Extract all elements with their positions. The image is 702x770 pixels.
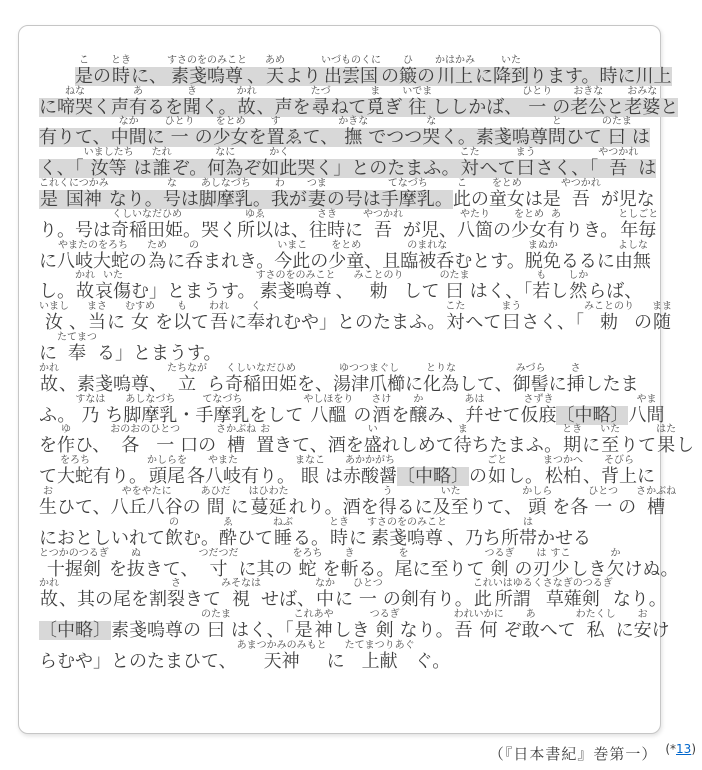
base-text: 中 (315, 590, 335, 609)
highlighted-text-segment: おみな老婆 (624, 86, 660, 117)
base-text: ぞ (243, 159, 261, 178)
base-text: 尋 (311, 98, 331, 117)
text-line: てをろち大蛇有り。かしらを頭尾各やまた八岐有り。まなこ眼はあかかがち赤酸醤〔中略… (39, 455, 651, 486)
base-text: 醸 (409, 406, 427, 425)
base-text: 〔中略〕 (39, 621, 111, 640)
highlighted-text-segment: は (181, 178, 199, 209)
highlighted-text-segment: をとめ少女 (213, 116, 249, 147)
base-text: に (549, 375, 567, 394)
base-text: へて (540, 621, 576, 640)
base-text: せば、 (261, 590, 315, 609)
base-text: が児な (601, 190, 655, 209)
text-segment: ひとつ一 (353, 578, 383, 609)
text-segment: さ挿 (567, 363, 585, 394)
highlighted-text-segment: こ是 (75, 55, 93, 86)
base-text: し。 (507, 467, 543, 486)
base-text: らば、 (588, 282, 642, 301)
text-segment: むすめ女 (125, 301, 155, 332)
ruby-annotation: をろち (292, 548, 322, 560)
base-text: 国神 (59, 190, 109, 209)
text-segment: なり。 (613, 578, 667, 609)
ruby-annotation: を (398, 548, 408, 560)
base-text: の (183, 498, 201, 517)
base-text: せて (484, 406, 520, 425)
highlighted-text-segment: と (660, 86, 678, 117)
text-segment: 素戔嗚尊の (111, 609, 201, 640)
base-text: と (660, 98, 678, 117)
base-text: の (469, 467, 487, 486)
base-text: 私 (576, 621, 616, 640)
text-segment: う得 (379, 486, 397, 517)
text-line: り。号はくしいなだひめ奇稲田姫。哭くゆゑ所以は、さき往時にやつかれ吾が児、やたり… (39, 209, 651, 240)
text-segment: お生 (39, 486, 57, 517)
base-text: に (327, 652, 345, 671)
base-text: 素戔嗚尊 (167, 67, 247, 86)
base-text: 素戔嗚尊 (256, 282, 336, 301)
base-text: の (634, 313, 652, 332)
text-segment: に (229, 301, 247, 332)
text-segment: の (634, 301, 652, 332)
base-text: 安 (634, 621, 652, 640)
base-text: は (134, 159, 152, 178)
ruby-annotation: さずき (523, 394, 553, 406)
base-text: 曰 (602, 128, 632, 147)
highlighted-text-segment: つま妻 (307, 178, 327, 209)
text-segment: をして (249, 394, 303, 425)
base-text: は、 (273, 221, 309, 240)
highlighted-text-segment: の (552, 86, 570, 117)
text-segment: まま随 (652, 301, 672, 332)
base-text: 哭く」とのたまふ。 (297, 159, 459, 178)
text-segment: あまつかみのみもと天神 (237, 640, 327, 671)
text-segment: とつかのつるぎ十握剣 (39, 548, 109, 579)
text-segment: みそなは視 (221, 578, 261, 609)
text-segment: あかかがち赤酸醤 (343, 455, 397, 486)
highlighted-text-segment: は (134, 147, 152, 178)
text-segment: 、乃ち所 (447, 517, 519, 548)
text-segment: の (514, 548, 532, 579)
text-segment: まなこ眼 (295, 455, 325, 486)
text-segment: こた対 (445, 301, 465, 332)
highlighted-text-segment: の (195, 116, 213, 147)
text-segment: 口の (180, 424, 216, 455)
base-text: 吾 (454, 621, 474, 640)
ruby-annotation: いでま (402, 86, 432, 98)
ruby-annotation: たちなが (167, 363, 207, 375)
base-text: の (381, 67, 399, 86)
base-text: 号 (163, 190, 181, 209)
base-text: 妻 (307, 190, 327, 209)
text-segment: みことのり勅 (354, 270, 404, 301)
base-text: ぞ。 (172, 159, 208, 178)
text-segment: に (231, 486, 249, 517)
text-segment: やをやたに八丘八谷 (111, 486, 183, 517)
text-segment: くしいなだひめ奇稲田姫 (111, 209, 183, 240)
text-segment: きて、酒を (274, 424, 364, 455)
highlighted-text-segment: さく、「 (536, 147, 599, 178)
base-text: に (39, 252, 57, 271)
ruby-annotation: たづ (311, 86, 331, 98)
base-text: 、乃ち所 (447, 529, 519, 548)
text-segment: をろち大蛇 (57, 455, 93, 486)
base-text: を (109, 560, 127, 579)
ruby-annotation: すさのをのみこと (367, 517, 447, 529)
text-segment: らむや」とのたまひて、 (39, 640, 237, 671)
text-segment: つるぎ剣 (370, 609, 400, 640)
text-segment: りて、 (469, 486, 523, 517)
base-text: しき (334, 621, 370, 640)
base-text: く声 (93, 98, 129, 117)
base-text: を (391, 406, 409, 425)
highlighted-text-segment: より (285, 55, 321, 86)
highlighted-text-segment: あ有 (129, 86, 147, 117)
base-text: て (191, 313, 209, 332)
ruby-annotation: をとめ (514, 209, 544, 221)
base-text: ぎ (384, 98, 402, 117)
base-text: 降到 (493, 67, 529, 86)
base-text: 至 (600, 436, 620, 455)
base-text: を (322, 560, 340, 579)
ruby-annotation: さけ (371, 394, 391, 406)
highlighted-text-segment: てなづち手摩乳 (381, 178, 435, 209)
base-text: 置 (267, 128, 285, 147)
base-text: 酒 (371, 406, 391, 425)
highlighted-text-segment: は (638, 147, 656, 178)
ruby-annotation: とりな (426, 363, 456, 375)
base-text: 視 (221, 590, 261, 609)
base-text: 一 (353, 590, 383, 609)
base-text: 剣 (484, 560, 514, 579)
highlighted-text-segment: 。 (253, 178, 271, 209)
text-segment: お置 (256, 424, 274, 455)
text-segment: まう曰 (501, 301, 521, 332)
text-segment: ら (207, 363, 225, 394)
text-segment: せば、 (261, 578, 315, 609)
text-segment: に (39, 240, 57, 271)
text-segment: いた至 (600, 424, 620, 455)
text-segment: さかぶね槽 (216, 424, 256, 455)
base-text: 時 (329, 529, 349, 548)
base-text: 啼哭 (57, 98, 93, 117)
text-segment: ゆゑ所以 (237, 209, 273, 240)
text-segment: に (107, 301, 125, 332)
text-segment: みことのり勅 (584, 301, 634, 332)
base-text: へて (465, 313, 501, 332)
text-segment: ひとつ一 (150, 424, 180, 455)
text-segment: いまこ今此 (274, 240, 310, 271)
text-segment: を (109, 548, 127, 579)
base-text: の (552, 98, 570, 117)
base-text: 哀傷 (95, 282, 131, 301)
text-segment: み、 (427, 394, 464, 425)
base-text: を (249, 128, 267, 147)
text-segment: らば、 (588, 270, 642, 301)
text-segment: き斬 (340, 548, 358, 579)
base-text: 是 (294, 621, 314, 640)
text-segment: すさのをのみこと素戔嗚尊 (256, 270, 336, 301)
base-text: 御髻 (513, 375, 549, 394)
base-text: 一 (588, 498, 618, 517)
caption-row: （『日本書紀』巻第一）(*13) (489, 742, 696, 764)
base-text: 裂 (167, 590, 185, 609)
base-text: の (618, 498, 636, 517)
base-text: に (147, 128, 165, 147)
text-segment: の呑 (185, 240, 203, 271)
text-line: ふ。すなは乃ちあしなづち脚摩乳・てなづち手摩乳をしてやしほをり八醞のさけ酒をか醸… (39, 394, 651, 425)
text-segment: てなづち手摩乳 (195, 394, 249, 425)
text-segment: これ此 (473, 578, 493, 609)
highlighted-text-segment: 〔中略〕 (39, 609, 111, 640)
text-segment: たてまつりあぐ上献 (345, 640, 415, 671)
highlighted-text-segment: く。 (201, 86, 237, 117)
base-text: 汝 (39, 313, 69, 332)
base-text: したま (585, 375, 639, 394)
text-segment: ぐ。 (415, 640, 451, 671)
text-segment: ま待 (454, 424, 472, 455)
text-segment: れむや」とのたまふ。 (265, 301, 445, 332)
base-text: 大蛇 (57, 467, 93, 486)
base-text: の (417, 67, 435, 86)
highlighted-text-segment: とき時 (111, 55, 131, 86)
text-segment: お安 (634, 609, 652, 640)
base-text: 為 (147, 252, 167, 271)
base-text: 是 (75, 67, 93, 86)
base-text: でつつ (368, 128, 422, 147)
ruby-annotation: ゆゑ (245, 209, 265, 221)
base-text: きて、 (145, 560, 199, 579)
text-segment: おのおの各 (110, 424, 150, 455)
ruby-annotation: の (189, 240, 199, 252)
text-segment: も以 (173, 301, 191, 332)
text-line: く、「いましたち汝等はたれ誰ぞ。なに何為ぞかく如此哭く」とのたまふ。こた対へてま… (39, 147, 651, 178)
text-segment: われ吾 (209, 301, 229, 332)
base-text: に (335, 590, 353, 609)
base-text: 蛇 (292, 560, 322, 579)
base-text: は (638, 159, 656, 178)
base-text: 曰 (516, 159, 536, 178)
highlighted-text-segment: の (417, 55, 435, 86)
base-text: 我 (271, 190, 289, 209)
base-text: 女 (125, 313, 155, 332)
highlighted-text-segment: こた対 (460, 147, 480, 178)
text-segment: に (39, 332, 57, 363)
text-segment: て (39, 455, 57, 486)
base-text: に至りて (412, 560, 484, 579)
footnote-link[interactable]: 13 (676, 742, 691, 756)
text-segment: が児、 (403, 209, 457, 240)
base-text: 曰 (440, 282, 470, 301)
ruby-annotation: すこ (550, 548, 570, 560)
base-text: し (550, 282, 568, 301)
base-text: 八醞 (303, 406, 353, 425)
base-text: け (652, 621, 670, 640)
ruby-annotation: あしなづち (125, 394, 175, 406)
base-text: 由無 (615, 252, 651, 271)
text-segment: さ裂 (167, 578, 185, 609)
text-segment: かせる (537, 517, 591, 548)
highlighted-text-segment: と問 (548, 116, 566, 147)
base-text: 故 (75, 282, 95, 301)
base-text: 吾 (561, 190, 601, 209)
base-text: る」とまうす。 (97, 344, 222, 363)
page: { "colors": { "highlight": "#d8d8d8", "t… (0, 0, 702, 770)
highlighted-text-segment: ま覓 (366, 86, 384, 117)
base-text: 、素戔嗚尊、 (59, 375, 167, 394)
base-text: ゑて、 (285, 128, 339, 147)
text-segment: し。 (507, 455, 543, 486)
highlighted-text-segment: ひ簸 (399, 55, 417, 86)
base-text: 眼 (295, 467, 325, 486)
highlighted-text-segment: あしなづち脚摩乳 (199, 178, 253, 209)
text-segment: る。 (358, 548, 394, 579)
text-segment: なり。 (400, 609, 454, 640)
ruby-annotation: みづら (516, 363, 546, 375)
base-text: ししかば、 (432, 98, 522, 117)
ruby-annotation: つるぎ (484, 548, 514, 560)
base-text: に (229, 313, 247, 332)
text-segment: さき往時 (309, 209, 345, 240)
text-line: こ是のとき時に、すさのをのみこと素戔嗚尊、あめ天よりいづものくに出雲国のひ簸のか… (39, 55, 651, 86)
text-segment: かれ故 (39, 578, 59, 609)
base-text: して、 (459, 375, 513, 394)
highlighted-text-segment: が (289, 178, 307, 209)
ruby-annotation: ため (147, 240, 167, 252)
ruby-annotation: やつかれ (363, 209, 403, 221)
base-text: 、 (583, 467, 601, 486)
text-segment: へて (465, 301, 501, 332)
text-segment: の (469, 455, 487, 486)
base-text: 奇稲田姫 (111, 221, 183, 240)
base-text: 老婆 (624, 98, 660, 117)
base-text: 赤酸醤 (343, 467, 397, 486)
base-text: の (310, 252, 328, 271)
base-text: の (195, 128, 213, 147)
highlighted-text-segment: の号は (327, 178, 381, 209)
base-text: なり。 (109, 190, 163, 209)
base-text: 抜 (127, 560, 145, 579)
base-text: 手摩乳 (381, 190, 435, 209)
source-caption: （『日本書紀』巻第一） (489, 745, 658, 763)
base-text: 当 (87, 313, 107, 332)
base-text: 一 (522, 98, 552, 117)
base-text: をして (249, 406, 303, 425)
base-text: ひて (566, 128, 602, 147)
base-text: に (107, 313, 125, 332)
text-segment: こ此 (453, 178, 471, 209)
base-text: 十握剣 (39, 560, 109, 579)
base-text: は是 (525, 190, 561, 209)
ruby-annotation: くしいなだひめ (226, 363, 296, 375)
base-text: 天神 (237, 652, 327, 671)
base-text: 老公 (570, 98, 606, 117)
base-text: しき (570, 560, 606, 579)
text-segment: の (310, 240, 328, 271)
base-text: の (353, 406, 371, 425)
text-segment: やたり八箇 (457, 209, 493, 240)
highlighted-text-segment: ねな啼哭 (57, 86, 93, 117)
base-text: に (231, 498, 249, 517)
text-segment: を (39, 424, 57, 455)
text-segment: やしほをり八醞 (303, 394, 353, 425)
text-segment: む」とまうす。 (131, 270, 256, 301)
text-segment: せて (484, 394, 520, 425)
base-text: 飲 (165, 529, 183, 548)
base-text: 、声を (257, 98, 311, 117)
base-text: 呑 (185, 252, 203, 271)
text-segment: まれき。 (203, 240, 274, 271)
highlighted-text-segment: に (147, 116, 165, 147)
ruby-annotation: さ (571, 363, 581, 375)
text-segment: ひとつ一 (588, 486, 618, 517)
highlighted-text-segment: いましたち汝等 (84, 147, 134, 178)
text-segment: け (652, 609, 670, 640)
ruby-annotation: ひ (403, 55, 413, 67)
ruby-annotation: とつかのつるぎ (39, 548, 109, 560)
highlighted-text-segment: ゑて、 (285, 116, 339, 147)
text-segment: かれ故 (39, 363, 59, 394)
base-text: 年毎 (618, 221, 658, 240)
base-text: 如此 (261, 159, 297, 178)
base-text: 乃 (75, 406, 105, 425)
base-text: は (325, 467, 343, 486)
base-text: 然 (568, 282, 588, 301)
text-segment: むとす。 (454, 240, 525, 271)
base-text: 及至 (433, 498, 469, 517)
highlighted-text-segment: を (249, 116, 267, 147)
text-segment: るるに (561, 240, 615, 271)
ruby-annotation: さき (317, 209, 337, 221)
highlighted-text-segment: ひとり一 (522, 86, 552, 117)
ruby-annotation: き (344, 548, 354, 560)
highlighted-text-segment: かきな撫 (338, 116, 368, 147)
base-text: の号は (327, 190, 381, 209)
text-segment: の剣有り。 (383, 578, 473, 609)
base-text: 仮庪 (520, 406, 556, 425)
base-text: におとしいれて (39, 529, 165, 548)
base-text: の (471, 190, 489, 209)
highlighted-text-segment: ぞ (243, 147, 261, 178)
text-segment: を、 (297, 363, 333, 394)
base-text: 川上 (435, 67, 475, 86)
base-text: 八丘八谷 (111, 498, 183, 517)
text-segment: りて (620, 424, 656, 455)
base-text: 八岐大蛇 (57, 252, 129, 271)
highlighted-text-segment: 〔中略〕 (556, 394, 628, 425)
highlighted-text-segment: かはかみ川上 (435, 55, 475, 86)
base-text: りて、 (469, 498, 523, 517)
ruby-annotation: とき (329, 517, 349, 529)
base-text: 今此 (274, 252, 310, 271)
base-text: きて、酒を (274, 436, 364, 455)
base-text: 曰 (201, 621, 231, 640)
highlighted-text-segment: のたま曰 (602, 116, 632, 147)
text-segment: ふ。 (39, 394, 75, 425)
base-text: 寸 (198, 560, 238, 579)
text-segment: すなは乃 (75, 394, 105, 425)
footnote-open: (* (665, 742, 676, 756)
base-text: 有り。 (93, 467, 147, 486)
text-segment: を各 (552, 486, 588, 517)
base-text: 各 (110, 436, 150, 455)
text-segment: か醸 (409, 394, 427, 425)
text-segment: 有り。 (241, 455, 295, 486)
text-segment: はく、「 (470, 270, 533, 301)
base-text: はく、「 (470, 282, 533, 301)
base-text: さく、「 (521, 313, 584, 332)
base-text: なり。 (400, 621, 454, 640)
base-text: 蔓延 (249, 498, 289, 517)
base-text: 少 (550, 560, 570, 579)
